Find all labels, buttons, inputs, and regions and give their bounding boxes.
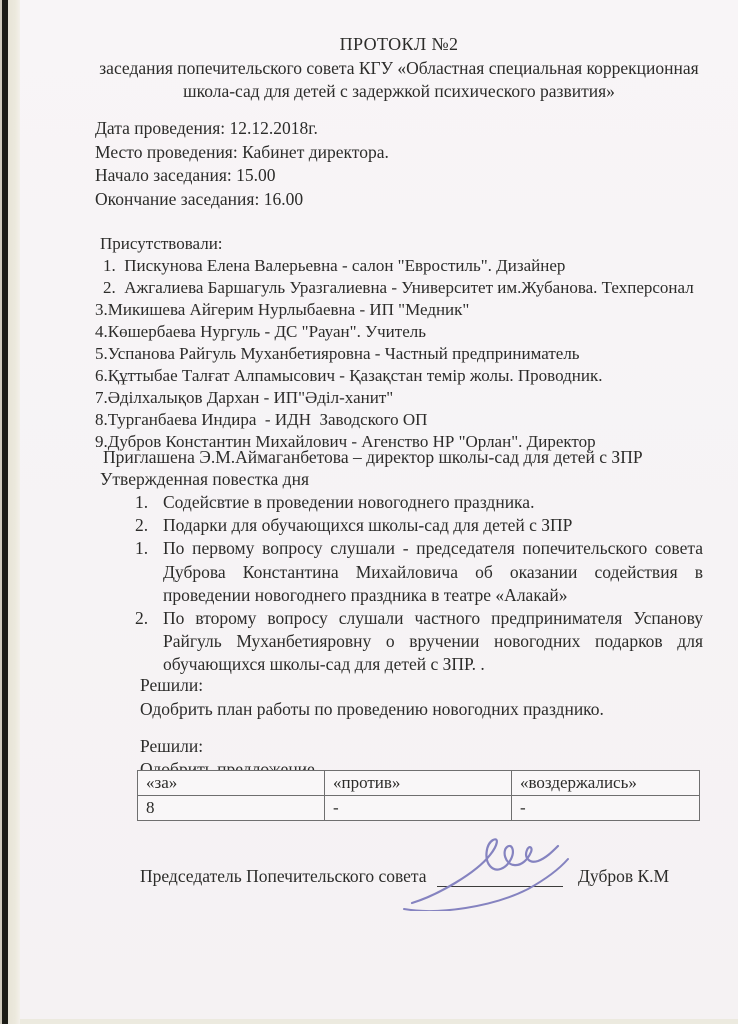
signature-name: Дубров К.М [578,866,669,887]
vote-results-table: «за» «против» «воздержались» 8 - - [137,770,700,821]
decision-text: Одобрить план работы по проведению новог… [140,698,604,722]
decision-heading: Решили: [140,674,604,698]
agenda-item-text: По второму вопросу слушали частного пред… [163,607,703,677]
meeting-date: Дата проведения: 12.12.2018г. [95,117,389,141]
agenda-item-text: Подарки для обучающихся школы-сад для де… [163,514,703,537]
vote-value-za: 8 [138,796,325,820]
meeting-end-time: Окончание заседания: 16.00 [95,188,389,212]
agenda-item-number: 1. [135,491,163,514]
document-header: ПРОТОКЛ №2 заседания попечительского сов… [90,33,708,104]
attendee-item: 6.Құттыбае Талғат Алпамысович - Қазақста… [95,365,708,387]
invited-line: Приглашена Э.М.Аймаганбетова – директор … [103,447,643,468]
handwritten-signature [398,833,583,911]
vote-header-protiv: «против» [325,771,512,796]
meeting-place: Место проведения: Кабинет директора. [95,141,389,165]
decision-block-1: Решили: Одобрить план работы по проведен… [140,674,604,721]
agenda-list: 1. Содейсвтие в проведении новогоднего п… [135,491,703,677]
attendee-item: 3.Микишева Айгерим Нурлыбаевна - ИП "Мед… [95,299,708,321]
agenda-item: 2. Подарки для обучающихся школы-сад для… [135,514,703,537]
document-title: ПРОТОКЛ №2 [90,33,708,57]
signature-label: Председатель Попечительского совета [140,866,427,887]
attendee-item: 7.Әділхалықов Дархан - ИП"Әділ-ханит" [95,387,708,409]
agenda-item-number: 1. [135,537,163,607]
scan-edge-bottom [20,1019,738,1024]
agenda-heading: Утвержденная повестка дня [100,469,309,490]
agenda-item: 1. Содейсвтие в проведении новогоднего п… [135,491,703,514]
attendee-item: 4.Көшербаева Нургуль - ДС "Рауан". Учите… [95,321,708,343]
attendee-item: 5.Успанова Райгуль Муханбетияровна - Час… [95,343,708,365]
attendees-section: Присутствовали: 1. Пискунова Елена Валер… [95,233,708,453]
agenda-item: 2. По второму вопросу слушали частного п… [135,607,703,677]
vote-value-vozderzhalis: - [512,796,699,820]
attendee-item: 8.Турганбаева Индира - ИДН Заводского ОП [95,409,708,431]
agenda-item-text: По первому вопросу слушали - председател… [163,537,703,607]
vote-header-za: «за» [138,771,325,796]
attendee-item: 2. Ажгалиева Баршагуль Уразгалиевна - Ун… [95,277,708,299]
scanned-document-page: ПРОТОКЛ №2 заседания попечительского сов… [0,0,738,1024]
agenda-item-text: Содейсвтие в проведении новогоднего праз… [163,491,703,514]
meeting-start-time: Начало заседания: 15.00 [95,164,389,188]
decision-heading: Решили: [140,735,315,758]
attendees-heading: Присутствовали: [95,233,708,255]
document-subtitle-line2: школа-сад для детей с задержкой психичес… [90,80,708,104]
vote-header-vozderzhalis: «воздержались» [512,771,699,796]
agenda-item-number: 2. [135,607,163,677]
meeting-meta: Дата проведения: 12.12.2018г. Место пров… [95,117,389,211]
scan-edge-cream [8,0,20,1024]
attendee-item: 1. Пискунова Елена Валерьевна - салон "Е… [95,255,708,277]
vote-value-protiv: - [325,796,512,820]
agenda-item-number: 2. [135,514,163,537]
agenda-item: 1. По первому вопросу слушали - председа… [135,537,703,607]
document-subtitle-line1: заседания попечительского совета КГУ «Об… [90,57,708,81]
